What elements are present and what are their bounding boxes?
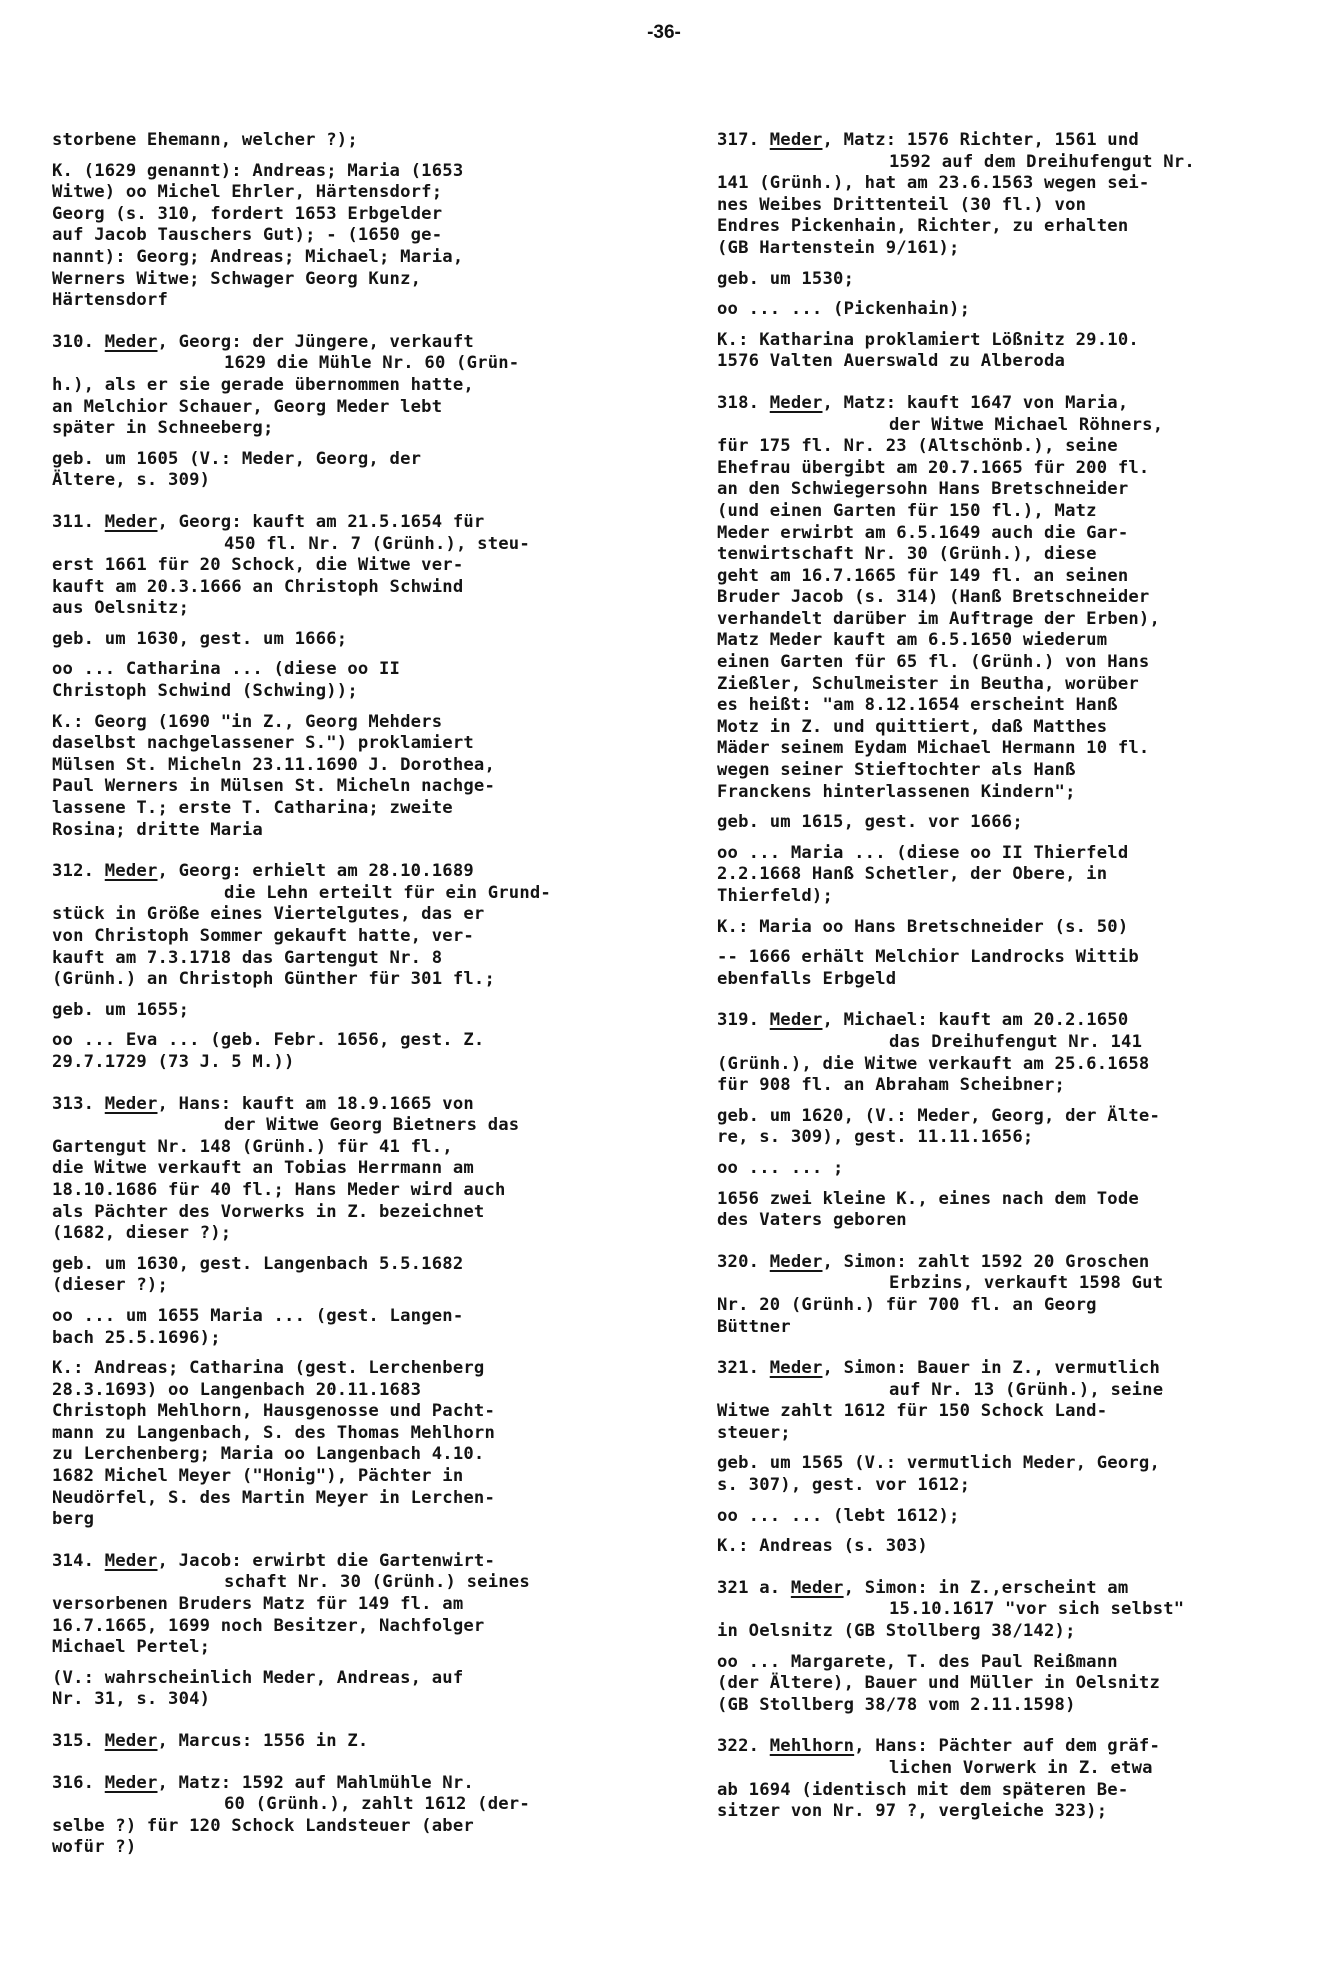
entry-number: 318.: [717, 393, 770, 413]
paragraph-line: Paul Werners in Mülsen St. Micheln nachg…: [52, 776, 672, 798]
entry-header-line: 313. Meder, Hans: kauft am 18.9.1665 von: [52, 1094, 672, 1116]
line-text: 15.10.1617 "vor sich selbst": [889, 1599, 1184, 1619]
paragraph-line: geb. um 1565 (V.: vermutlich Meder, Geor…: [717, 1453, 1328, 1475]
entry-paragraph: oo ... ... ;: [717, 1158, 1328, 1180]
entry-line: verhandelt darüber im Auftrage der Erben…: [717, 609, 1328, 631]
right-column: 317. Meder, Matz: 1576 Richter, 1561 und…: [717, 130, 1328, 1832]
genealogy-entry: 315. Meder, Marcus: 1556 in Z.: [52, 1731, 672, 1753]
entry-surname: Meder: [105, 332, 158, 352]
entry-line: wegen seiner Stieftochter als Hanß: [717, 760, 1328, 782]
paragraph-line: Witwe) oo Michel Ehrler, Härtensdorf;: [52, 182, 672, 204]
entry-line: ab 1694 (identisch mit dem späteren Be-: [717, 1780, 1328, 1802]
entry-header-text: , Georg: der Jüngere, verkauft: [158, 332, 474, 352]
paragraph-line: re, s. 309), gest. 11.11.1656;: [717, 1127, 1328, 1149]
entry-indented-line: 1592 auf dem Dreihufengut Nr.: [717, 152, 1328, 174]
entry-line: sitzer von Nr. 97 ?, vergleiche 323);: [717, 1801, 1328, 1823]
paragraph-line: K.: Georg (1690 "in Z., Georg Mehders: [52, 712, 672, 734]
entry-header-text: , Hans: Pächter auf dem gräf-: [854, 1736, 1160, 1756]
paragraph-line: (dieser ?);: [52, 1275, 672, 1297]
paragraph-line: lassene T.; erste T. Catharina; zweite: [52, 798, 672, 820]
entry-line: steuer;: [717, 1423, 1328, 1445]
paragraph-line: 28.3.1693) oo Langenbach 20.11.1683: [52, 1380, 672, 1402]
paragraph-line: oo ... Catharina ... (diese oo II: [52, 659, 672, 681]
entry-line: es heißt: "am 8.12.1654 erscheint Hanß: [717, 695, 1328, 717]
genealogy-entry: 316. Meder, Matz: 1592 auf Mahlmühle Nr.…: [52, 1773, 672, 1859]
entry-line: tenwirtschaft Nr. 30 (Grünh.), diese: [717, 544, 1328, 566]
paragraph-line: storbene Ehemann, welcher ?);: [52, 130, 672, 152]
entry-indented-line: auf Nr. 13 (Grünh.), seine: [717, 1380, 1328, 1402]
entry-paragraph: oo ... Margarete, T. des Paul Reißmann(d…: [717, 1652, 1328, 1717]
entry-paragraph: geb. um 1605 (V.: Meder, Georg, derÄlter…: [52, 449, 672, 492]
entry-line: wofür ?): [52, 1837, 672, 1859]
entry-line: kauft am 20.3.1666 an Christoph Schwind: [52, 577, 672, 599]
entry-line: Motz in Z. und quittiert, daß Matthes: [717, 717, 1328, 739]
entry-line: Witwe zahlt 1612 für 150 Schock Land-: [717, 1401, 1328, 1423]
entry-paragraph: geb. um 1530;: [717, 269, 1328, 291]
entry-indented-line: 60 (Grünh.), zahlt 1612 (der-: [52, 1794, 672, 1816]
entry-line: (GB Hartenstein 9/161);: [717, 238, 1328, 260]
paragraph-line: Nr. 31, s. 304): [52, 1689, 672, 1711]
entry-line: die Witwe verkauft an Tobias Herrmann am: [52, 1158, 672, 1180]
entry-line: versorbenen Bruders Matz für 149 fl. am: [52, 1594, 672, 1616]
entry-line: für 175 fl. Nr. 23 (Altschönb.), seine: [717, 436, 1328, 458]
entry-line: Gartengut Nr. 148 (Grünh.) für 41 fl.,: [52, 1137, 672, 1159]
entry-surname: Mehlhorn: [770, 1736, 854, 1756]
genealogy-entry: 317. Meder, Matz: 1576 Richter, 1561 und…: [717, 130, 1328, 260]
entry-number: 316.: [52, 1773, 105, 1793]
entry-header-text: , Hans: kauft am 18.9.1665 von: [158, 1094, 474, 1114]
entry-line: stück in Größe eines Viertelgutes, das e…: [52, 904, 672, 926]
paragraph-line: oo ... ... (lebt 1612);: [717, 1506, 1328, 1528]
entry-line: (1682, dieser ?);: [52, 1223, 672, 1245]
entry-line: Michael Pertel;: [52, 1637, 672, 1659]
entry-indented-line: schaft Nr. 30 (Grünh.) seines: [52, 1572, 672, 1594]
line-text: 1592 auf dem Dreihufengut Nr.: [889, 152, 1195, 172]
paragraph-line: s. 307), gest. vor 1612;: [717, 1475, 1328, 1497]
entry-surname: Meder: [770, 130, 823, 150]
entry-paragraph: oo ... Maria ... (diese oo II Thierfeld2…: [717, 843, 1328, 908]
entry-paragraph: geb. um 1630, gest. Langenbach 5.5.1682(…: [52, 1254, 672, 1297]
paragraph-line: 29.7.1729 (73 J. 5 M.)): [52, 1052, 672, 1074]
genealogy-entry: 310. Meder, Georg: der Jüngere, verkauft…: [52, 332, 672, 440]
entry-paragraph: geb. um 1565 (V.: vermutlich Meder, Geor…: [717, 1453, 1328, 1496]
paragraph-line: oo ... um 1655 Maria ... (gest. Langen-: [52, 1306, 672, 1328]
entry-line: (Grünh.) an Christoph Günther für 301 fl…: [52, 969, 672, 991]
entry-header-text: , Simon: Bauer in Z., vermutlich: [823, 1358, 1161, 1378]
entry-indented-line: Erbzins, verkauft 1598 Gut: [717, 1273, 1328, 1295]
entry-line: aus Oelsnitz;: [52, 598, 672, 620]
paragraph-line: berg: [52, 1509, 672, 1531]
paragraph-line: (GB Stollberg 38/78 vom 2.11.1598): [717, 1695, 1328, 1717]
entry-surname: Meder: [105, 1094, 158, 1114]
entry-indented-line: lichen Vorwerk in Z. etwa: [717, 1758, 1328, 1780]
line-text: lichen Vorwerk in Z. etwa: [889, 1758, 1153, 1778]
genealogy-entry: 319. Meder, Michael: kauft am 20.2.1650d…: [717, 1010, 1328, 1096]
entry-header-line: 320. Meder, Simon: zahlt 1592 20 Grosche…: [717, 1252, 1328, 1274]
entry-line: 141 (Grünh.), hat am 23.6.1563 wegen sei…: [717, 173, 1328, 195]
paragraph-line: 1682 Michel Meyer ("Honig"), Pächter in: [52, 1466, 672, 1488]
genealogy-entry: 320. Meder, Simon: zahlt 1592 20 Grosche…: [717, 1252, 1328, 1338]
entry-paragraph: K. (1629 genannt): Andreas; Maria (1653W…: [52, 161, 672, 312]
entry-header-line: 318. Meder, Matz: kauft 1647 von Maria,: [717, 393, 1328, 415]
entry-indented-line: 450 fl. Nr. 7 (Grünh.), steu-: [52, 534, 672, 556]
entry-number: 321 a.: [717, 1578, 791, 1598]
entry-line: Büttner: [717, 1317, 1328, 1339]
paragraph-line: geb. um 1605 (V.: Meder, Georg, der: [52, 449, 672, 471]
paragraph-line: Georg (s. 310, fordert 1653 Erbgelder: [52, 204, 672, 226]
paragraph-line: ebenfalls Erbgeld: [717, 969, 1328, 991]
entry-indented-line: das Dreihufengut Nr. 141: [717, 1032, 1328, 1054]
paragraph-line: Thierfeld);: [717, 886, 1328, 908]
entry-surname: Meder: [105, 861, 158, 881]
entry-line: selbe ?) für 120 Schock Landsteuer (aber: [52, 1816, 672, 1838]
entry-paragraph: geb. um 1655;: [52, 1000, 672, 1022]
entry-indented-line: 15.10.1617 "vor sich selbst": [717, 1599, 1328, 1621]
entry-surname: Meder: [770, 1010, 823, 1030]
entry-header-line: 311. Meder, Georg: kauft am 21.5.1654 fü…: [52, 512, 672, 534]
entry-paragraph: (V.: wahrscheinlich Meder, Andreas, aufN…: [52, 1668, 672, 1711]
entry-paragraph: geb. um 1615, gest. vor 1666;: [717, 812, 1328, 834]
entry-indented-line: die Lehn erteilt für ein Grund-: [52, 883, 672, 905]
paragraph-line: daselbst nachgelassener S.") proklamiert: [52, 733, 672, 755]
entry-number: 320.: [717, 1252, 770, 1272]
entry-header-line: 322. Mehlhorn, Hans: Pächter auf dem grä…: [717, 1736, 1328, 1758]
line-text: die Lehn erteilt für ein Grund-: [224, 883, 551, 903]
entry-line: einen Garten für 65 fl. (Grünh.) von Han…: [717, 652, 1328, 674]
entry-paragraph: K.: Andreas (s. 303): [717, 1536, 1328, 1558]
entry-number: 310.: [52, 332, 105, 352]
line-text: 60 (Grünh.), zahlt 1612 (der-: [224, 1794, 530, 1814]
entry-header-text: , Simon: in Z.,erscheint am: [844, 1578, 1129, 1598]
entry-paragraph: oo ... ... (Pickenhain);: [717, 299, 1328, 321]
paragraph-line: 1576 Valten Auerswald zu Alberoda: [717, 351, 1328, 373]
entry-number: 321.: [717, 1358, 770, 1378]
entry-header-text: , Michael: kauft am 20.2.1650: [823, 1010, 1129, 1030]
left-column: storbene Ehemann, welcher ?);K. (1629 ge…: [52, 130, 672, 1868]
genealogy-entry: 322. Mehlhorn, Hans: Pächter auf dem grä…: [717, 1736, 1328, 1822]
entry-header-text: , Georg: kauft am 21.5.1654 für: [158, 512, 485, 532]
entry-line: an Melchior Schauer, Georg Meder lebt: [52, 397, 672, 419]
paragraph-line: Christoph Mehlhorn, Hausgenosse und Pach…: [52, 1401, 672, 1423]
entry-line: Matz Meder kauft am 6.5.1650 wiederum: [717, 630, 1328, 652]
entry-indented-line: 1629 die Mühle Nr. 60 (Grün-: [52, 353, 672, 375]
entry-paragraph: oo ... um 1655 Maria ... (gest. Langen-b…: [52, 1306, 672, 1349]
paragraph-line: Rosina; dritte Maria: [52, 820, 672, 842]
entry-paragraph: K.: Andreas; Catharina (gest. Lerchenber…: [52, 1358, 672, 1531]
entry-paragraph: geb. um 1630, gest. um 1666;: [52, 629, 672, 651]
entry-line: 16.7.1665, 1699 noch Besitzer, Nachfolge…: [52, 1616, 672, 1638]
line-text: der Witwe Michael Röhners,: [889, 415, 1163, 435]
paragraph-line: oo ... ... (Pickenhain);: [717, 299, 1328, 321]
genealogy-entry: 321 a. Meder, Simon: in Z.,erscheint am1…: [717, 1578, 1328, 1643]
entry-header-text: , Matz: 1592 auf Mahlmühle Nr.: [158, 1773, 474, 1793]
entry-line: (und einen Garten für 150 fl.), Matz: [717, 501, 1328, 523]
entry-line: für 908 fl. an Abraham Scheibner;: [717, 1075, 1328, 1097]
entry-paragraph: K.: Maria oo Hans Bretschneider (s. 50): [717, 917, 1328, 939]
entry-line: in Oelsnitz (GB Stollberg 38/142);: [717, 1621, 1328, 1643]
line-text: schaft Nr. 30 (Grünh.) seines: [224, 1572, 530, 1592]
line-text: Erbzins, verkauft 1598 Gut: [889, 1273, 1163, 1293]
entry-number: 313.: [52, 1094, 105, 1114]
entry-paragraph: oo ... Catharina ... (diese oo IIChristo…: [52, 659, 672, 702]
entry-line: nes Weibes Drittenteil (30 fl.) von: [717, 195, 1328, 217]
entry-line: Bruder Jacob (s. 314) (Hanß Bretschneide…: [717, 587, 1328, 609]
entry-surname: Meder: [105, 1731, 158, 1751]
paragraph-line: mann zu Langenbach, S. des Thomas Mehlho…: [52, 1423, 672, 1445]
genealogy-entry: 313. Meder, Hans: kauft am 18.9.1665 von…: [52, 1094, 672, 1245]
paragraph-line: 2.2.1668 Hanß Schetler, der Obere, in: [717, 864, 1328, 886]
paragraph-line: geb. um 1630, gest. um 1666;: [52, 629, 672, 651]
entry-header-line: 314. Meder, Jacob: erwirbt die Gartenwir…: [52, 1551, 672, 1573]
entry-header-text: , Georg: erhielt am 28.10.1689: [158, 861, 474, 881]
entry-number: 322.: [717, 1736, 770, 1756]
entry-line: Nr. 20 (Grünh.) für 700 fl. an Georg: [717, 1295, 1328, 1317]
paragraph-line: -- 1666 erhält Melchior Landrocks Wittib: [717, 947, 1328, 969]
entry-line: Endres Pickenhain, Richter, zu erhalten: [717, 216, 1328, 238]
paragraph-line: geb. um 1620, (V.: Meder, Georg, der Ält…: [717, 1106, 1328, 1128]
entry-line: Ehefrau übergibt am 20.7.1665 für 200 fl…: [717, 458, 1328, 480]
entry-surname: Meder: [770, 393, 823, 413]
entry-paragraph: -- 1666 erhält Melchior Landrocks Wittib…: [717, 947, 1328, 990]
genealogy-entry: 311. Meder, Georg: kauft am 21.5.1654 fü…: [52, 512, 672, 620]
paragraph-line: geb. um 1655;: [52, 1000, 672, 1022]
entry-header-line: 315. Meder, Marcus: 1556 in Z.: [52, 1731, 672, 1753]
entry-line: Franckens hinterlassenen Kindern";: [717, 782, 1328, 804]
entry-line: erst 1661 für 20 Schock, die Witwe ver-: [52, 555, 672, 577]
line-text: 1629 die Mühle Nr. 60 (Grün-: [224, 353, 519, 373]
entry-paragraph: oo ... ... (lebt 1612);: [717, 1506, 1328, 1528]
entry-line: an den Schwiegersohn Hans Bretschneider: [717, 479, 1328, 501]
entry-paragraph: storbene Ehemann, welcher ?);: [52, 130, 672, 152]
paragraph-line: oo ... Eva ... (geb. Febr. 1656, gest. Z…: [52, 1030, 672, 1052]
paragraph-line: K.: Katharina proklamiert Lößnitz 29.10.: [717, 330, 1328, 352]
paragraph-line: geb. um 1530;: [717, 269, 1328, 291]
paragraph-line: Mülsen St. Micheln 23.11.1690 J. Dorothe…: [52, 755, 672, 777]
entry-line: 18.10.1686 für 40 fl.; Hans Meder wird a…: [52, 1180, 672, 1202]
entry-header-line: 310. Meder, Georg: der Jüngere, verkauft: [52, 332, 672, 354]
entry-paragraph: 1656 zwei kleine K., eines nach dem Tode…: [717, 1189, 1328, 1232]
entry-line: Mäder seinem Eydam Michael Hermann 10 fl…: [717, 738, 1328, 760]
entry-surname: Meder: [770, 1252, 823, 1272]
paragraph-line: oo ... Margarete, T. des Paul Reißmann: [717, 1652, 1328, 1674]
entry-line: kauft am 7.3.1718 das Gartengut Nr. 8: [52, 948, 672, 970]
paragraph-line: bach 25.5.1696);: [52, 1328, 672, 1350]
paragraph-line: zu Lerchenberg; Maria oo Langenbach 4.10…: [52, 1444, 672, 1466]
paragraph-line: K. (1629 genannt): Andreas; Maria (1653: [52, 161, 672, 183]
line-text: das Dreihufengut Nr. 141: [889, 1032, 1142, 1052]
line-text: 450 fl. Nr. 7 (Grünh.), steu-: [224, 534, 530, 554]
paragraph-line: K.: Andreas (s. 303): [717, 1536, 1328, 1558]
entry-line: geht am 16.7.1665 für 149 fl. an seinen: [717, 566, 1328, 588]
paragraph-line: geb. um 1630, gest. Langenbach 5.5.1682: [52, 1254, 672, 1276]
paragraph-line: (der Ältere), Bauer und Müller in Oelsni…: [717, 1673, 1328, 1695]
paragraph-line: Ältere, s. 309): [52, 470, 672, 492]
entry-indented-line: der Witwe Georg Bietners das: [52, 1115, 672, 1137]
paragraph-line: oo ... ... ;: [717, 1158, 1328, 1180]
genealogy-entry: 318. Meder, Matz: kauft 1647 von Maria,d…: [717, 393, 1328, 803]
paragraph-line: nannt): Georg; Andreas; Michael; Maria,: [52, 247, 672, 269]
page-number: -36-: [0, 22, 1328, 44]
entry-header-text: , Matz: kauft 1647 von Maria,: [823, 393, 1129, 413]
entry-paragraph: geb. um 1620, (V.: Meder, Georg, der Ält…: [717, 1106, 1328, 1149]
entry-surname: Meder: [105, 1551, 158, 1571]
entry-number: 317.: [717, 130, 770, 150]
entry-header-line: 321 a. Meder, Simon: in Z.,erscheint am: [717, 1578, 1328, 1600]
entry-header-line: 321. Meder, Simon: Bauer in Z., vermutli…: [717, 1358, 1328, 1380]
genealogy-entry: 312. Meder, Georg: erhielt am 28.10.1689…: [52, 861, 672, 991]
entry-line: h.), als er sie gerade übernommen hatte,: [52, 375, 672, 397]
paragraph-line: oo ... Maria ... (diese oo II Thierfeld: [717, 843, 1328, 865]
entry-header-line: 316. Meder, Matz: 1592 auf Mahlmühle Nr.: [52, 1773, 672, 1795]
entry-header-text: , Matz: 1576 Richter, 1561 und: [823, 130, 1139, 150]
line-text: auf Nr. 13 (Grünh.), seine: [889, 1380, 1163, 1400]
genealogy-entry: 321. Meder, Simon: Bauer in Z., vermutli…: [717, 1358, 1328, 1444]
document-page: -36- storbene Ehemann, welcher ?);K. (16…: [0, 0, 1328, 1984]
entry-surname: Meder: [791, 1578, 844, 1598]
entry-number: 314.: [52, 1551, 105, 1571]
entry-surname: Meder: [770, 1358, 823, 1378]
entry-line: Meder erwirbt am 6.5.1649 auch die Gar-: [717, 523, 1328, 545]
entry-header-text: , Marcus: 1556 in Z.: [158, 1731, 369, 1751]
paragraph-line: Christoph Schwind (Schwing));: [52, 681, 672, 703]
entry-number: 312.: [52, 861, 105, 881]
paragraph-line: auf Jacob Tauschers Gut); - (1650 ge-: [52, 225, 672, 247]
entry-header-line: 317. Meder, Matz: 1576 Richter, 1561 und: [717, 130, 1328, 152]
entry-surname: Meder: [105, 512, 158, 532]
paragraph-line: Werners Witwe; Schwager Georg Kunz,: [52, 269, 672, 291]
entry-paragraph: K.: Katharina proklamiert Lößnitz 29.10.…: [717, 330, 1328, 373]
entry-header-line: 312. Meder, Georg: erhielt am 28.10.1689: [52, 861, 672, 883]
entry-line: von Christoph Sommer gekauft hatte, ver-: [52, 926, 672, 948]
entry-header-text: , Jacob: erwirbt die Gartenwirt-: [158, 1551, 496, 1571]
paragraph-line: des Vaters geboren: [717, 1210, 1328, 1232]
entry-line: (Grünh.), die Witwe verkauft am 25.6.165…: [717, 1054, 1328, 1076]
entry-line: später in Schneeberg;: [52, 418, 672, 440]
entry-header-text: , Simon: zahlt 1592 20 Groschen: [823, 1252, 1150, 1272]
paragraph-line: K.: Maria oo Hans Bretschneider (s. 50): [717, 917, 1328, 939]
paragraph-line: Härtensdorf: [52, 290, 672, 312]
entry-surname: Meder: [105, 1773, 158, 1793]
entry-indented-line: der Witwe Michael Röhners,: [717, 415, 1328, 437]
entry-line: als Pächter des Vorwerks in Z. bezeichne…: [52, 1202, 672, 1224]
entry-paragraph: oo ... Eva ... (geb. Febr. 1656, gest. Z…: [52, 1030, 672, 1073]
paragraph-line: geb. um 1615, gest. vor 1666;: [717, 812, 1328, 834]
paragraph-line: Neudörfel, S. des Martin Meyer in Lerche…: [52, 1488, 672, 1510]
line-text: der Witwe Georg Bietners das: [224, 1115, 519, 1135]
entry-number: 311.: [52, 512, 105, 532]
entry-number: 315.: [52, 1731, 105, 1751]
paragraph-line: 1656 zwei kleine K., eines nach dem Tode: [717, 1189, 1328, 1211]
entry-paragraph: K.: Georg (1690 "in Z., Georg Mehdersdas…: [52, 712, 672, 842]
entry-number: 319.: [717, 1010, 770, 1030]
entry-header-line: 319. Meder, Michael: kauft am 20.2.1650: [717, 1010, 1328, 1032]
genealogy-entry: 314. Meder, Jacob: erwirbt die Gartenwir…: [52, 1551, 672, 1659]
entry-line: Zießler, Schulmeister in Beutha, worüber: [717, 674, 1328, 696]
paragraph-line: (V.: wahrscheinlich Meder, Andreas, auf: [52, 1668, 672, 1690]
paragraph-line: K.: Andreas; Catharina (gest. Lerchenber…: [52, 1358, 672, 1380]
